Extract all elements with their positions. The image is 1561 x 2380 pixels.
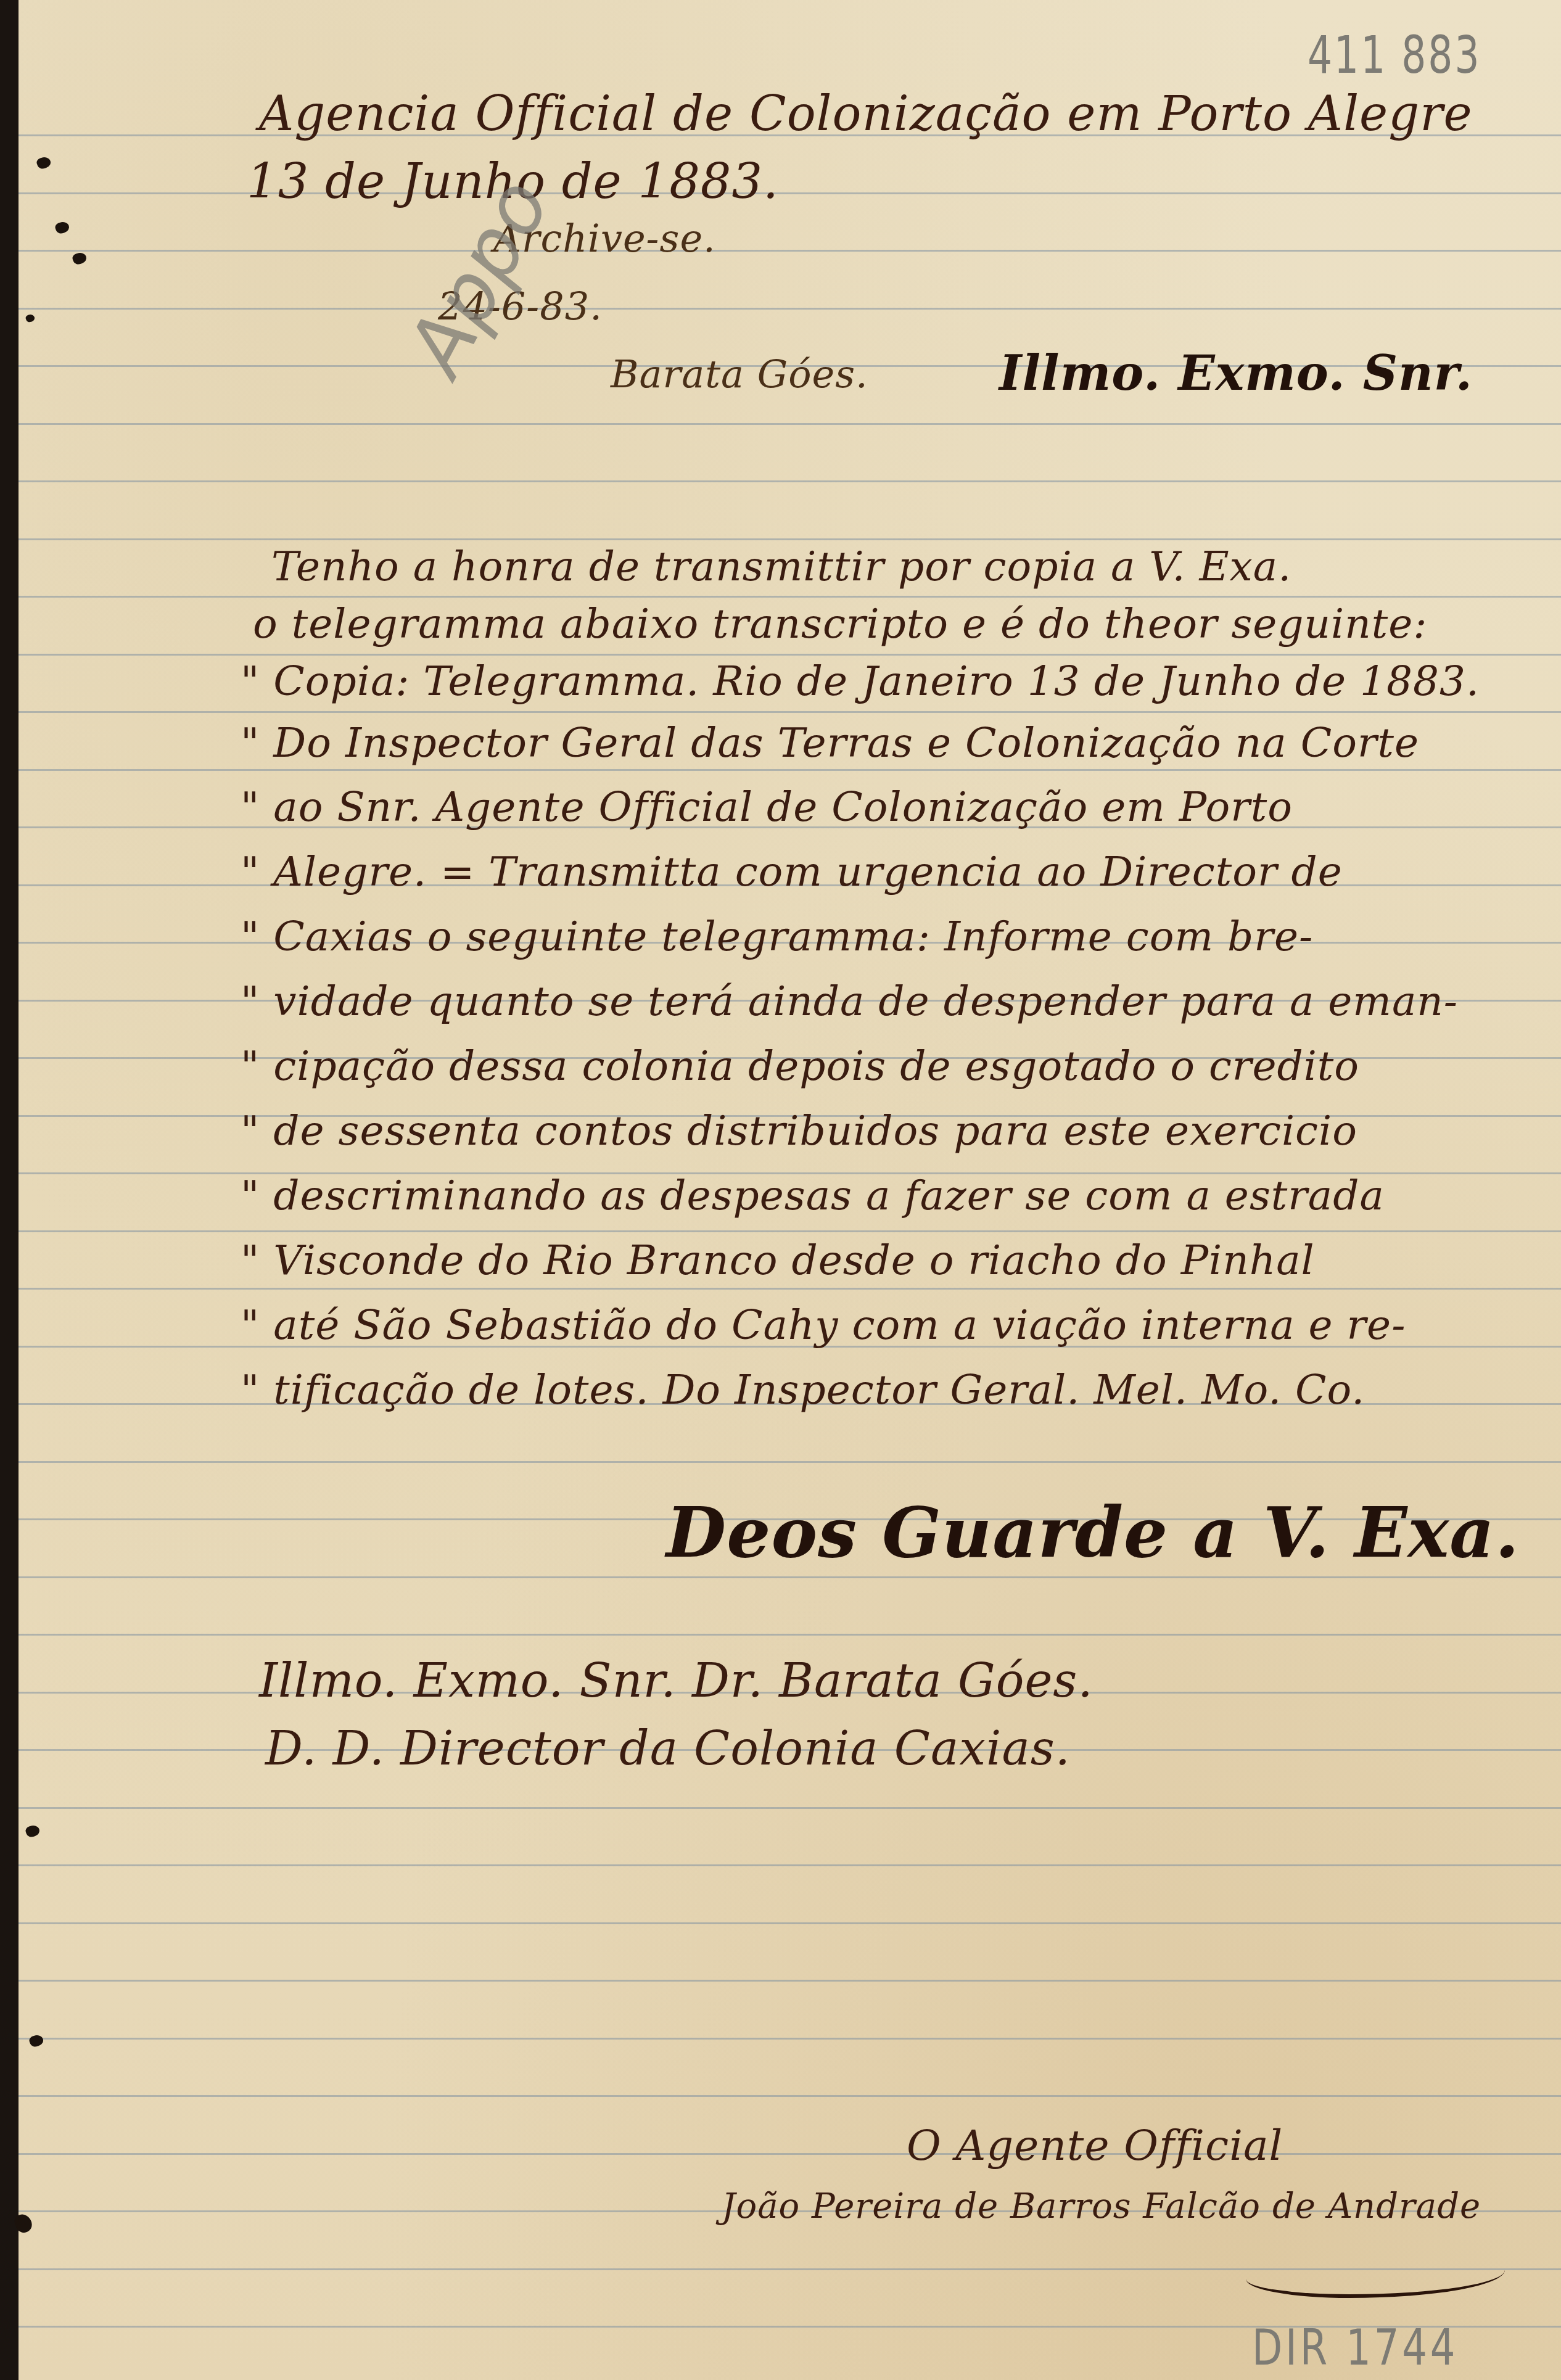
body-line: " Visconde do Rio Branco desde o riacho … (241, 1237, 1315, 1284)
ruled-line (19, 711, 1561, 713)
addressee-line2: D. D. Director da Colonia Caxias. (265, 1721, 1071, 1776)
punch-hole (13, 2212, 35, 2234)
body-line: " vidade quanto se terá ainda de despend… (241, 978, 1458, 1025)
punch-hole (72, 251, 88, 266)
punch-hole (54, 220, 71, 235)
ruled-line (19, 1807, 1561, 1809)
archive-number-bottom: DIR 1744 (1252, 2319, 1458, 2376)
addressee-line1: Illmo. Exmo. Snr. Dr. Barata Góes. (259, 1653, 1094, 1708)
body-line: " cipação dessa colonia depois de esgota… (241, 1042, 1359, 1090)
ruled-line (19, 1634, 1561, 1636)
header-agency: Agencia Official de Colonização em Porto… (259, 86, 1473, 142)
body-line: " ao Snr. Agente Official de Colonização… (241, 783, 1293, 831)
ruled-line (19, 480, 1561, 482)
punch-hole (28, 2033, 45, 2048)
body-line: " de sessenta contos distribuidos para e… (241, 1107, 1357, 1155)
ruled-line (19, 1230, 1561, 1232)
ruled-line (19, 1288, 1561, 1290)
signature-title: O Agente Official (907, 2122, 1283, 2170)
body-line: " Do Inspector Geral das Terras e Coloni… (241, 719, 1419, 767)
body-line: " Copia: Telegramma. Rio de Janeiro 13 d… (241, 657, 1480, 705)
salutation: Illmo. Exmo. Snr. (999, 345, 1473, 401)
punch-hole (25, 313, 35, 323)
ruled-line (19, 769, 1561, 771)
ruled-line (19, 1980, 1561, 1982)
ruled-line (19, 1922, 1561, 1924)
ruled-line (19, 423, 1561, 425)
signature-flourish (1246, 2251, 1505, 2298)
ruled-line (19, 1461, 1561, 1463)
ruled-line (19, 1864, 1561, 1866)
ruled-line (19, 654, 1561, 656)
ruled-line (19, 250, 1561, 252)
ruled-line (19, 2153, 1561, 2155)
signature-name: João Pereira de Barros Falcão de Andrade (722, 2186, 1481, 2226)
body-line: " Caxias o seguinte telegramma: Informe … (241, 913, 1313, 960)
paper-sheet: 411 883 Agencia Official de Colonização … (19, 0, 1561, 2380)
ruled-line (19, 538, 1561, 540)
body-line: " descriminando as despesas a fazer se c… (241, 1172, 1385, 1219)
punch-hole (25, 1824, 41, 1839)
ruled-line (19, 1576, 1561, 1578)
ruled-line (19, 596, 1561, 598)
ruled-line (19, 2095, 1561, 2097)
body-line: Tenho a honra de transmittir por copia a… (271, 543, 1291, 590)
archive-number-top: 411 883 (1308, 25, 1481, 85)
punch-hole (36, 155, 52, 170)
dispatch-signer: Barata Góes. (611, 352, 868, 397)
body-line: " tificação de lotes. Do Inspector Geral… (241, 1366, 1365, 1414)
body-line: " Alegre. = Transmitta com urgencia ao D… (241, 848, 1343, 896)
ruled-line (19, 308, 1561, 310)
body-line: " até São Sebastião do Cahy com a viação… (241, 1301, 1406, 1349)
ruled-line (19, 2038, 1561, 2040)
closing-formula: Deos Guarde a V. Exa. (666, 1493, 1520, 1573)
body-line: o telegramma abaixo transcripto e é do t… (253, 600, 1428, 648)
